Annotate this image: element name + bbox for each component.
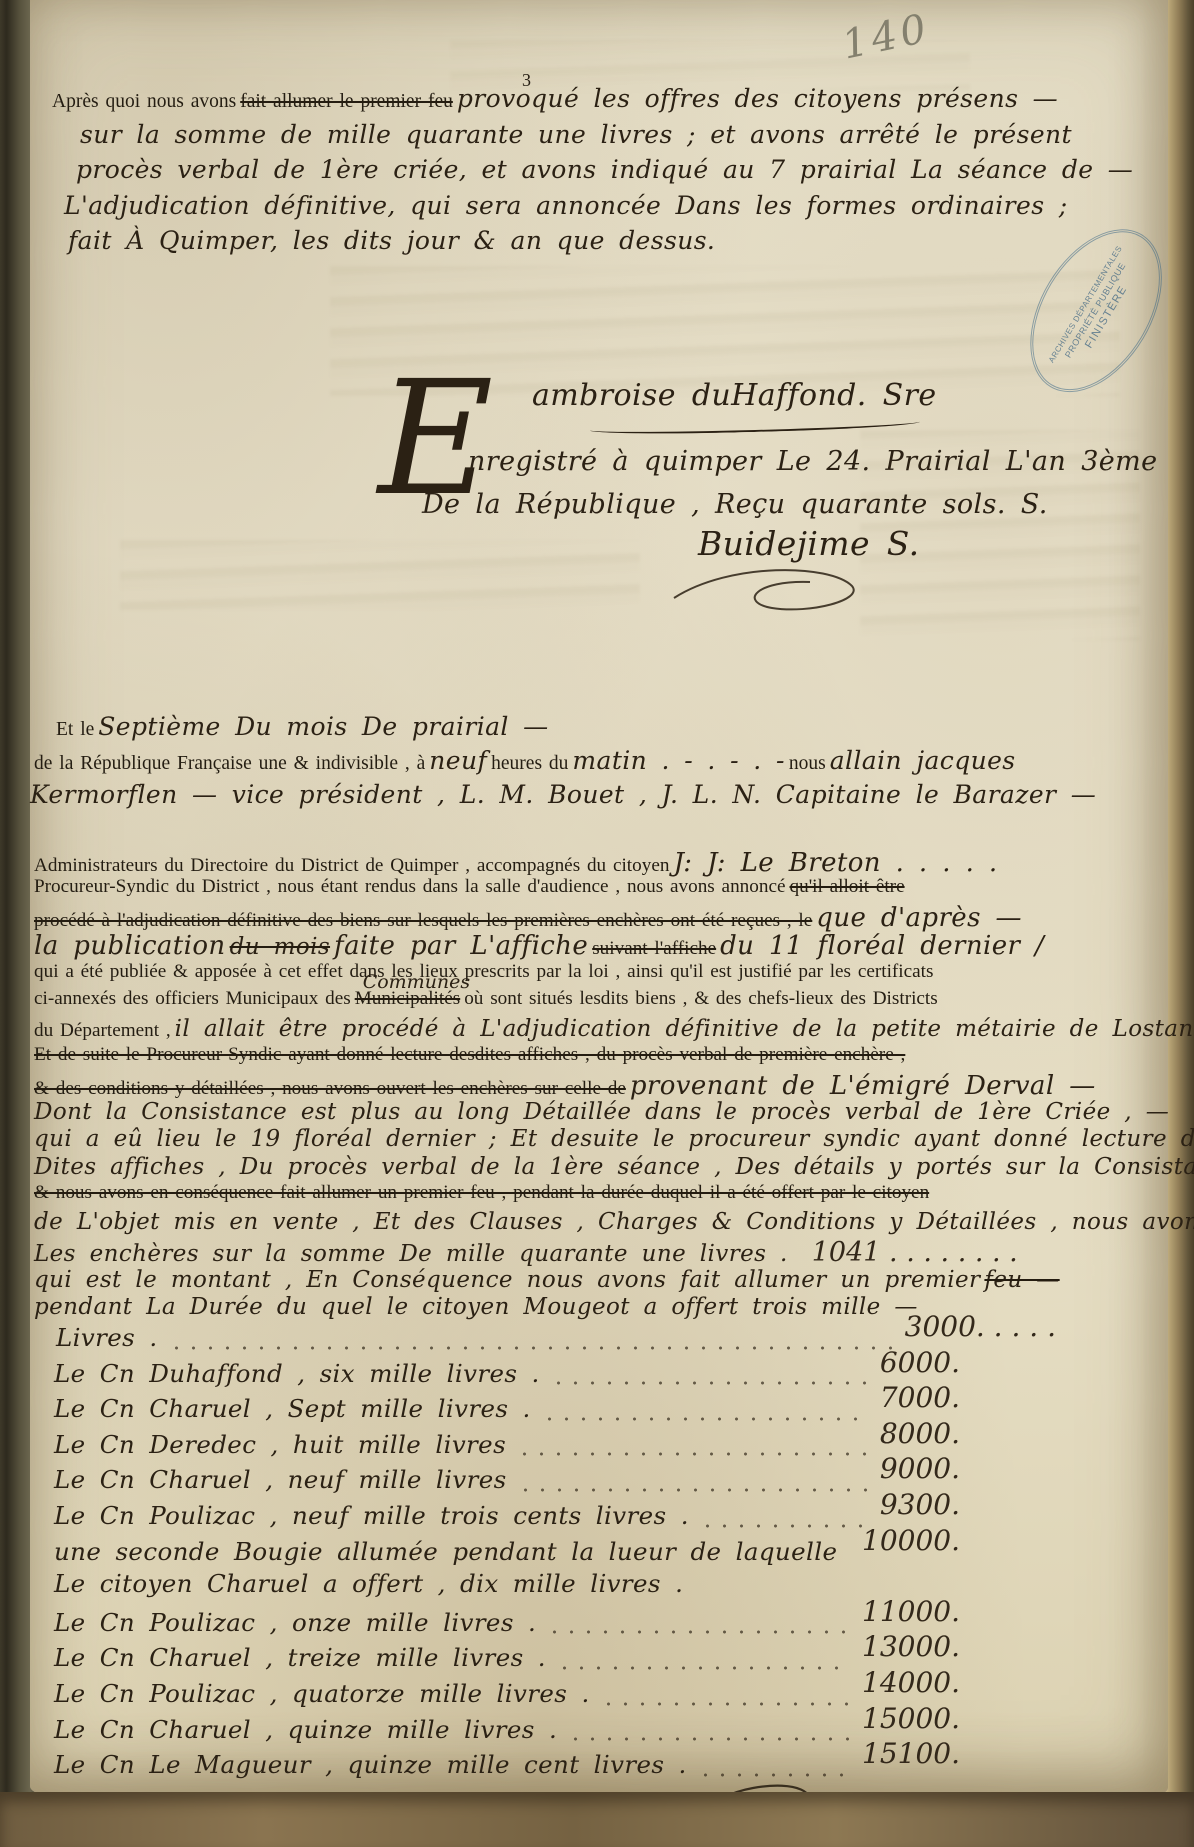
b7-hand: il allait être procédé à L'adjudication … (175, 1016, 1194, 1042)
bid-row: Le Cn Charuel , treize mille livres . 13… (54, 1640, 960, 1676)
bid-amount: 14000. (862, 1666, 960, 1699)
bid-amount: 6000. (880, 1346, 960, 1379)
body-line-4: la publication du mois faite par L'affic… (34, 931, 1168, 961)
bid-text: Le Cn Poulizac , quatorze mille livres . (54, 1679, 590, 1708)
manuscript-scan: 3 140 Après quoi nous avons fait allumer… (0, 0, 1194, 1847)
bid-row: Le Cn Deredec , huit mille livres 8000. (54, 1427, 960, 1463)
body-line-5: qui a été publiée & apposée à cet effet … (34, 961, 1168, 989)
b6-annotation: Communes (363, 971, 470, 993)
bid-text: Livres . (56, 1323, 158, 1352)
dot-leader (516, 1446, 870, 1462)
bid-row: une seconde Bougie allumée pendant la lu… (54, 1534, 960, 1570)
body-paragraph: Administrateurs du Directoire du Distric… (34, 848, 1168, 1322)
body-line-11: qui a eû lieu le 19 floréal dernier ; Et… (34, 1126, 1168, 1154)
opening-hand-1: provoqué les offres des citoyens présens… (457, 84, 1058, 113)
dot-leader (567, 1731, 852, 1747)
bid-amount: 11000. (862, 1595, 960, 1628)
bid-row: Le Cn Charuel , quinze mille livres . 15… (54, 1712, 960, 1748)
bid-row: Le Cn Charuel , Sept mille livres . 7000… (54, 1391, 960, 1427)
dot-leader (168, 1340, 895, 1356)
body-line-16: qui est le montant , En Conséquence nous… (34, 1267, 1168, 1295)
dot-leader (546, 1624, 852, 1640)
dot-leader (550, 1375, 870, 1391)
b7-print: du Département , (34, 1020, 171, 1041)
body-line-6: ci-annexés des officiers Municipaux des … (34, 988, 1168, 1016)
bid-amount: 13000. (862, 1630, 960, 1663)
session-block: Et le Septième Du mois De prairial — de … (30, 712, 1168, 814)
b15-hand: Les enchères sur la somme De mille quara… (34, 1241, 788, 1267)
b16-hand: qui est le montant , En Conséquence nous… (34, 1267, 980, 1293)
b6-print2: où sont situés lesdits biens , & des che… (464, 988, 938, 1009)
bid-amount: 10000. (862, 1524, 960, 1557)
bid-amount: 8000. (880, 1417, 960, 1450)
bid-text: Le Cn Charuel , neuf mille livres (54, 1465, 507, 1494)
b3-hand: que d'après — (816, 903, 1022, 933)
bid-amount: 9000. (880, 1452, 960, 1485)
folio-number-pencil: 140 (838, 5, 934, 68)
b3-struck: procédé à l'adjudication définitive des … (34, 910, 812, 931)
bid-text: une seconde Bougie allumée pendant la lu… (54, 1537, 837, 1566)
b1-print: Administrateurs du Directoire du Distric… (34, 855, 669, 876)
opening-paragraph: Après quoi nous avons fait allumer le pr… (52, 84, 1062, 262)
bid-text: Le Cn Poulizac , onze mille livres . (54, 1608, 536, 1637)
b4-hand1: la publication (34, 931, 226, 961)
body-line-12: Dites affiches , Du procès verbal de la … (34, 1154, 1168, 1182)
dot-leader (699, 1518, 870, 1534)
opening-line-2: sur la somme de mille quarante une livre… (80, 120, 1062, 156)
session-line-2: de la République Française une & indivis… (34, 746, 1168, 780)
b4-hand3: du 11 floréal dernier / (720, 931, 1044, 961)
b9-hand: provenant de L'émigré Derval — (630, 1071, 1096, 1101)
ink-bleed-through (120, 540, 640, 610)
opening-line-4: L'adjudication définitive, qui sera anno… (64, 191, 1062, 227)
body-line-8: Et de suite le Procureur-Syndic ayant do… (34, 1044, 1168, 1072)
body-line-9: & des conditions y détaillées , nous avo… (34, 1071, 1168, 1099)
opening-line-5: fait À Quimper, les dits jour & an que d… (68, 226, 1062, 262)
b2-print: Procureur-Syndic du District , nous étan… (34, 876, 786, 897)
session-print-nous: nous (789, 753, 826, 774)
signature-flourish (660, 560, 880, 620)
bid-text: Le Cn Poulizac , neuf mille trois cents … (54, 1501, 689, 1530)
bid-text: Le Cn Duhaffond , six mille livres . (54, 1359, 540, 1388)
body-line-13: & nous avons en conséquence fait allumer… (34, 1182, 1168, 1210)
opening-line-3: procès verbal de 1ère criée, et avons in… (76, 155, 1062, 191)
session-print-republique: de la République Française une & indivis… (34, 753, 425, 774)
bid-amount: 7000. (880, 1381, 960, 1414)
body-line-15: Les enchères sur la somme De mille quara… (34, 1237, 1139, 1267)
dot-leader (517, 1482, 870, 1498)
b16-struck: feu — (984, 1267, 1059, 1293)
b6-annotation-wrap: Communes Municipalités (355, 988, 461, 1010)
b9-struck: & des conditions y détaillées , nous avo… (34, 1078, 626, 1099)
opening-struck-text: fait allumer le premier feu (240, 91, 453, 112)
registration-line-2: De la République , Reçu quarante sols. S… (422, 489, 1048, 520)
dot-leader (556, 1660, 852, 1676)
paper-sheet: 3 140 Après quoi nous avons fait allumer… (30, 0, 1168, 1794)
b15-amount: 1041 . . . . . . . . (812, 1237, 1018, 1268)
session-hand-hour: neuf (429, 746, 487, 775)
bid-row: Le Cn Charuel , neuf mille livres 9000. (54, 1462, 960, 1498)
bid-text: Le Cn Le Magueur , quinze mille cent liv… (54, 1750, 687, 1779)
b1-hand: J: J: Le Breton . . . . . (673, 848, 997, 878)
session-hand-date: Septième Du mois De prairial — (98, 712, 548, 741)
session-print-etle: Et le (56, 719, 94, 740)
bid-text: Le Cn Deredec , huit mille livres (54, 1430, 506, 1459)
b4-hand2: faite par L'affiche (334, 931, 588, 961)
opening-print-lead: Après quoi nous avons (52, 91, 236, 112)
receiver-signature: Buidejime S. (698, 524, 920, 563)
body-line-7: du Département , il allait être procédé … (34, 1016, 1168, 1044)
session-hand-names1: allain jacques (830, 746, 1016, 775)
bid-row: Le Cn Duhaffond , six mille livres . 600… (54, 1356, 960, 1392)
opening-line-1: Après quoi nous avons fait allumer le pr… (52, 84, 1062, 120)
bid-row: Le Cn Poulizac , quatorze mille livres .… (54, 1676, 960, 1712)
session-line-1: Et le Septième Du mois De prairial — (56, 712, 1168, 746)
bid-amount: 15100. (862, 1737, 960, 1770)
body-line-3: procédé à l'adjudication définitive des … (34, 903, 1168, 931)
bid-text: Le citoyen Charuel a offert , dix mille … (54, 1569, 683, 1598)
body-line-14: de L'objet mis en vente , Et des Clauses… (34, 1209, 1168, 1237)
wood-table-surface (0, 1792, 1194, 1847)
b2-struck: qu'il alloit être (790, 876, 905, 897)
bid-row: Le Cn Poulizac , neuf mille trois cents … (54, 1498, 960, 1534)
dot-leader (847, 1553, 852, 1569)
bid-row: Le Cn Poulizac , onze mille livres . 110… (54, 1605, 960, 1641)
body-line-2: Procureur-Syndic du District , nous étan… (34, 876, 1168, 904)
dot-leader (541, 1411, 870, 1427)
session-hand-matin: matin . - . - . - (572, 746, 784, 775)
bid-text: Le Cn Charuel , Sept mille livres . (54, 1394, 531, 1423)
session-line-3: Kermorflen — vice président , L. M. Boue… (30, 780, 1168, 814)
bid-amount: 15000. (862, 1702, 960, 1735)
dot-leader (600, 1696, 852, 1712)
bid-amount: 3000. . . . . (905, 1310, 1056, 1343)
clerk-signature: ambroise duHaffond. Sre (532, 378, 937, 413)
body-line-10: Dont la Consistance est plus au long Dét… (34, 1099, 1168, 1127)
session-print-heures: heures du (491, 753, 568, 774)
bid-list: Livres . 3000. . . . . Le Cn Duhaffond ,… (54, 1320, 1064, 1783)
bid-amount: 9300. (880, 1488, 960, 1521)
b6-print1: ci-annexés des officiers Municipaux des (34, 988, 351, 1009)
registration-line-1: nregistré à quimper Le 24. Prairial L'an… (468, 446, 1158, 477)
b4-struck1: du mois (230, 934, 330, 960)
bid-text: Le Cn Charuel , treize mille livres . (54, 1643, 546, 1672)
bid-row: Le citoyen Charuel a offert , dix mille … (54, 1569, 960, 1605)
b4-struck2: suivant l'affiche (592, 938, 716, 959)
signature-underline (590, 416, 920, 437)
bid-text: Le Cn Charuel , quinze mille livres . (54, 1715, 557, 1744)
body-line-1: Administrateurs du Directoire du Distric… (34, 848, 1168, 876)
